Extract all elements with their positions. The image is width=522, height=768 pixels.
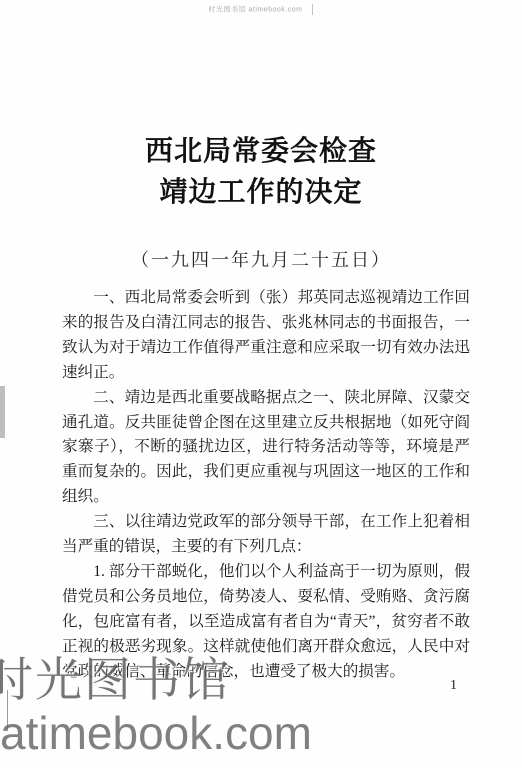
scan-artifact-bar [0, 386, 5, 438]
document-date: （一九四一年九月二十五日） [0, 246, 522, 272]
title-line-2: 靖边工作的决定 [0, 171, 522, 212]
top-watermark-text: 时光图书馆 atimebook.com [209, 6, 303, 13]
document-title: 西北局常委会检查 靖边工作的决定 [0, 130, 522, 212]
document-body: 一、西北局常委会听到（张）邦英同志巡视靖边工作回来的报告及白清江同志的报告、张兆… [62, 286, 470, 685]
top-watermark: 时光图书馆 atimebook.com [0, 4, 522, 15]
page-number: 1 [450, 678, 457, 694]
bottom-watermark-chinese: 时光图书馆 [0, 656, 231, 703]
title-line-1: 西北局常委会检查 [0, 130, 522, 171]
paragraph-1: 一、西北局常委会听到（张）邦英同志巡视靖边工作回来的报告及白清江同志的报告、张兆… [62, 286, 470, 386]
paragraph-3: 三、以往靖边党政军的部分领导干部，在工作上犯着相当严重的错误，主要的有下列几点： [62, 510, 470, 560]
bottom-watermark-url: atimebook.com [0, 708, 312, 758]
scanned-document-page: 时光图书馆 atimebook.com 西北局常委会检查 靖边工作的决定 （一九… [0, 0, 522, 768]
top-watermark-divider [312, 4, 313, 15]
paragraph-2: 二、靖边是西北重要战略据点之一、陕北屏障、汉蒙交通孔道。反共匪徒曾企图在这里建立… [62, 386, 470, 511]
